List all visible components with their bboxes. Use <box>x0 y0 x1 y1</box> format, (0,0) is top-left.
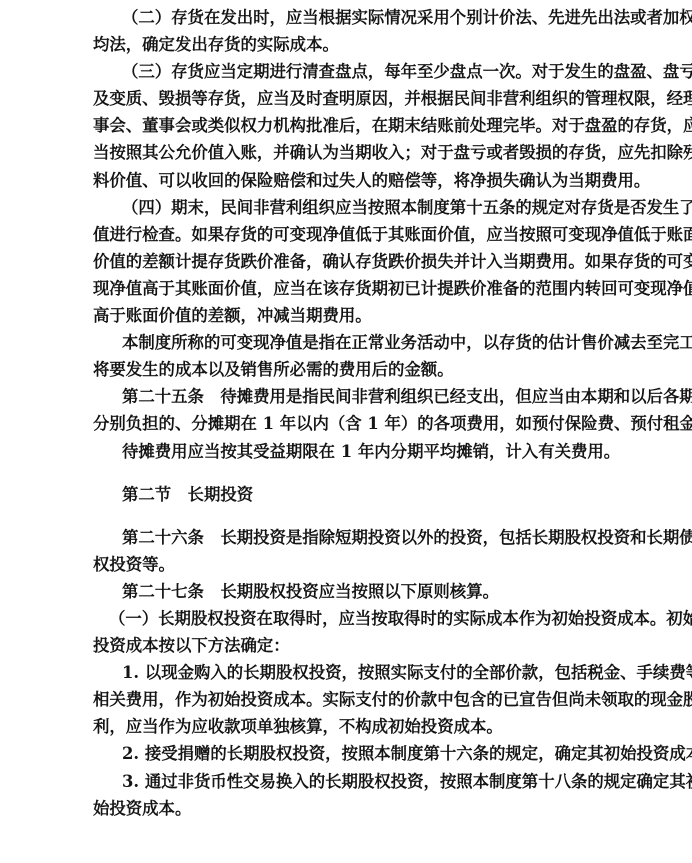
text-line: 权投资等。 <box>93 551 623 578</box>
paragraph-inventory-impairment: （四）期末，民间非营利组织应当按照本制度第十五条的规定对存货是否发生了减 值进行… <box>93 194 623 329</box>
text-line: 第二十六条 长期投资是指除短期投资以外的投资，包括长期股权投资和长期债 <box>93 524 623 551</box>
text-line: 值进行检查。如果存货的可变现净值低于其账面价值，应当按照可变现净值低于账面 <box>93 221 623 248</box>
text-line: （一）长期股权投资在取得时，应当按取得时的实际成本作为初始投资成本。初始 <box>93 605 623 632</box>
paragraph-article-27-item-1-1: 1. 以现金购入的长期股权投资，按照实际支付的全部价款，包括税金、手续费等 相关… <box>93 659 623 740</box>
section-heading: 第二节 长期投资 <box>93 481 623 508</box>
text-line: （三）存货应当定期进行清查盘点，每年至少盘点一次。对于发生的盘盈、盘亏以 <box>93 58 623 85</box>
text-line: 分别负担的、分摊期在 1 年以内（含 1 年）的各项费用，如预付保险费、预付租金… <box>93 410 623 437</box>
text-line: 利，应当作为应收款项单独核算，不构成初始投资成本。 <box>93 713 623 740</box>
text-line: 高于账面价值的差额，冲减当期费用。 <box>93 302 623 329</box>
paragraph-article-26: 第二十六条 长期投资是指除短期投资以外的投资，包括长期股权投资和长期债 权投资等… <box>93 524 623 578</box>
text-line: 第二十七条 长期股权投资应当按照以下原则核算。 <box>93 578 623 605</box>
text-line: 相关费用，作为初始投资成本。实际支付的价款中包含的已宣告但尚未领取的现金股 <box>93 686 623 713</box>
text-line: 事会、董事会或类似权力机构批准后，在期末结账前处理完毕。对于盘盈的存货，应 <box>93 112 623 139</box>
text-line: 投资成本按以下方法确定： <box>93 632 623 659</box>
paragraph-inventory-count: （三）存货应当定期进行清查盘点，每年至少盘点一次。对于发生的盘盈、盘亏以 及变质… <box>93 58 623 193</box>
text-line: 价值的差额计提存货跌价准备，确认存货跌价损失并计入当期费用。如果存货的可变 <box>93 248 623 275</box>
paragraph-article-27: 第二十七条 长期股权投资应当按照以下原则核算。 <box>93 578 623 605</box>
paragraph-article-27-item-1: （一）长期股权投资在取得时，应当按取得时的实际成本作为初始投资成本。初始 投资成… <box>93 605 623 659</box>
paragraph-net-realizable-value: 本制度所称的可变现净值是指在正常业务活动中，以存货的估计售价减去至完工 将要发生… <box>93 329 623 383</box>
text-line: 1. 以现金购入的长期股权投资，按照实际支付的全部价款，包括税金、手续费等 <box>93 659 623 686</box>
text-line: 料价值、可以收回的保险赔偿和过失人的赔偿等，将净损失确认为当期费用。 <box>93 167 623 194</box>
paragraph-article-25-amortization: 待摊费用应当按其受益期限在 1 年内分期平均摊销，计入有关费用。 <box>93 438 623 465</box>
paragraph-article-27-item-1-2: 2. 接受捐赠的长期股权投资，按照本制度第十六条的规定，确定其初始投资成本。 <box>93 740 623 767</box>
paragraph-inventory-issue: （二）存货在发出时，应当根据实际情况采用个别计价法、先进先出法或者加权平 均法，… <box>93 4 623 58</box>
text-line: 第二十五条 待摊费用是指民间非营利组织已经支出，但应当由本期和以后各期 <box>93 383 623 410</box>
text-line: 将要发生的成本以及销售所必需的费用后的金额。 <box>93 356 623 383</box>
text-line: （四）期末，民间非营利组织应当按照本制度第十五条的规定对存货是否发生了减 <box>93 194 623 221</box>
text-line: 现净值高于其账面价值，应当在该存货期初已计提跌价准备的范围内转回可变现净值 <box>93 275 623 302</box>
text-line: 待摊费用应当按其受益期限在 1 年内分期平均摊销，计入有关费用。 <box>93 438 623 465</box>
text-line: （二）存货在发出时，应当根据实际情况采用个别计价法、先进先出法或者加权平 <box>93 4 623 31</box>
text-line: 当按照其公允价值入账，并确认为当期收入；对于盘亏或者毁损的存货，应先扣除残 <box>93 139 623 166</box>
text-line: 及变质、毁损等存货，应当及时查明原因，并根据民间非营利组织的管理权限，经理 <box>93 85 623 112</box>
paragraph-article-25: 第二十五条 待摊费用是指民间非营利组织已经支出，但应当由本期和以后各期 分别负担… <box>93 383 623 437</box>
text-line: 均法，确定发出存货的实际成本。 <box>93 31 623 58</box>
paragraph-article-27-item-1-3: 3. 通过非货币性交易换入的长期股权投资，按照本制度第十八条的规定确定其初 始投… <box>93 768 623 822</box>
text-line: 2. 接受捐赠的长期股权投资，按照本制度第十六条的规定，确定其初始投资成本。 <box>93 740 623 767</box>
text-line: 本制度所称的可变现净值是指在正常业务活动中，以存货的估计售价减去至完工 <box>93 329 623 356</box>
text-line: 始投资成本。 <box>93 795 623 822</box>
document-page: （二）存货在发出时，应当根据实际情况采用个别计价法、先进先出法或者加权平 均法，… <box>93 4 623 822</box>
text-line: 3. 通过非货币性交易换入的长期股权投资，按照本制度第十八条的规定确定其初 <box>93 768 623 795</box>
